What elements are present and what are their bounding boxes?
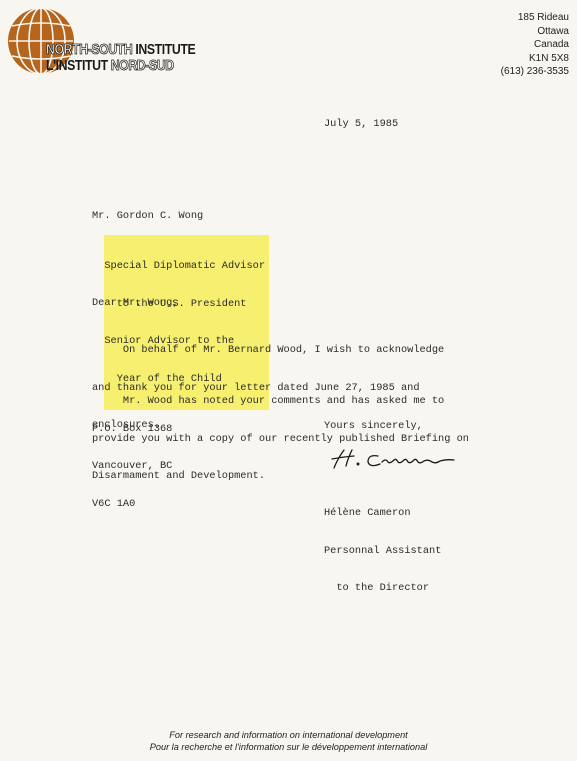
address-country: Canada (501, 38, 569, 52)
signer-name: Hélène Cameron (324, 507, 441, 520)
closing: Yours sincerely, (324, 420, 423, 433)
recipient-title-line: Special Diplomatic Advisor (104, 260, 265, 273)
address-postal-code: K1N 5X8 (501, 52, 569, 66)
recipient-name: Mr. Gordon C. Wong (92, 210, 269, 223)
footer-english: For research and information on internat… (0, 730, 577, 742)
body-paragraph-2: Mr. Wood has noted your comments and has… (92, 370, 469, 495)
paragraph-line: On behalf of Mr. Bernard Wood, I wish to… (92, 344, 444, 357)
address-street: 185 Rideau (501, 11, 569, 25)
letterhead-logo: NORTH-SOUTH INSTITUTE L'INSTITUT NORD-SU… (6, 4, 176, 76)
address-city: Ottawa (501, 25, 569, 39)
letterhead-address: 185 Rideau Ottawa Canada K1N 5X8 (613) 2… (501, 11, 569, 79)
letter-date: July 5, 1985 (324, 118, 398, 131)
recipient-address-line: V6C 1A0 (92, 498, 269, 511)
signer-title: to the Director (324, 582, 441, 595)
salutation: Dear Mr. Wong, (92, 297, 179, 310)
letterhead-footer: For research and information on internat… (0, 730, 577, 753)
org-name-french: L'INSTITUT NORD-SUD (46, 58, 174, 74)
handwritten-signature (328, 444, 458, 472)
address-phone: (613) 236-3535 (501, 65, 569, 79)
org-name-english: NORTH-SOUTH INSTITUTE (46, 42, 195, 58)
paragraph-line: Mr. Wood has noted your comments and has… (92, 395, 469, 408)
signer-block: Hélène Cameron Personnal Assistant to th… (324, 482, 441, 607)
footer-french: Pour la recherche et l'information sur l… (0, 742, 577, 754)
signer-title: Personnal Assistant (324, 545, 441, 558)
